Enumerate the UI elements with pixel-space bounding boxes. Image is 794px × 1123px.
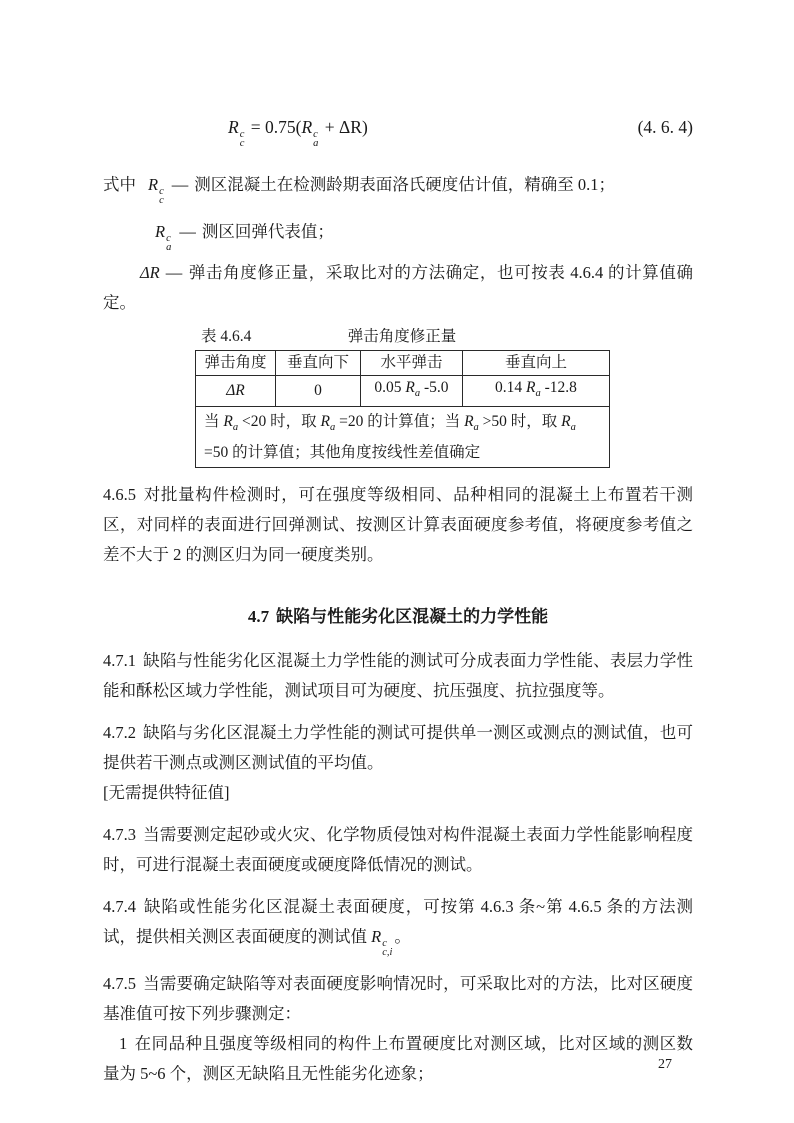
symbol-rci-scripts: cc,i xyxy=(382,939,392,957)
symbol-definition-rac: Rca—测区回弹代表值； xyxy=(103,217,693,252)
definition-dash: — xyxy=(179,222,196,241)
section-heading-4-7: 4.7缺陷与性能劣化区混凝土的力学性能 xyxy=(103,604,693,630)
definition-text-rac: 测区回弹代表值； xyxy=(202,222,334,241)
equation-number: (4. 6. 4) xyxy=(638,112,693,142)
symbol-definition-rcc: 式中Rcc—测区混凝土在检测龄期表面洛氏硬度估计值，精确至 0.1； xyxy=(103,170,693,205)
symbol-deltaR: ΔR xyxy=(140,263,160,282)
page-content: Rcc = 0.75(Rca + ΔR) (4. 6. 4) 式中Rcc—测区混… xyxy=(103,0,693,1089)
column-header-horizontal: 水平弹击 xyxy=(361,351,463,376)
table-caption-label: 表 4.6.4 xyxy=(201,326,251,348)
symbol-rac-scripts: ca xyxy=(166,234,171,252)
clause-4-7-2: 4.7.2缺陷与劣化区混凝土力学性能的测试可提供单一测区或测点的测试值，也可提供… xyxy=(103,718,693,778)
symbol-rac-scripts: ca xyxy=(313,130,318,148)
heading-number: 4.7 xyxy=(248,607,269,626)
equation-tail: + ΔR) xyxy=(320,117,367,137)
clause-4-7-5-item-1: 1在同品种且强度等级相同的构件上布置硬度比对测区域，比对区域的测区数量为 5~6… xyxy=(103,1029,693,1089)
clause-number: 4.7.2 xyxy=(103,723,136,742)
symbol-ra-base: R xyxy=(405,379,414,396)
symbol-rac-base: R xyxy=(301,117,312,137)
page-number: 27 xyxy=(658,1056,672,1074)
symbol-ra-base: R xyxy=(561,413,570,430)
item-text: 在同品种且强度等级相同的构件上布置硬度比对测区域，比对区域的测区数量为 5~6 … xyxy=(103,1034,693,1083)
table-note: 当 Ra <20 时，取 Ra =20 的计算值；当 Ra >50 时，取 Ra… xyxy=(196,407,610,468)
equation-mid: = 0.75( xyxy=(246,117,301,137)
cell-vertical-up: 0.14 Ra -12.8 xyxy=(463,376,610,407)
table-data-row: ΔR 0 0.05 Ra -5.0 0.14 Ra -12.8 xyxy=(196,376,610,407)
equation-4-6-4: Rcc = 0.75(Rca + ΔR) xyxy=(228,112,368,148)
symbol-rcc-scripts: cc xyxy=(240,130,245,148)
clause-4-6-5: 4.6.5对批量构件检测时，可在强度等级相同、品种相同的混凝土上布置若干测区，对… xyxy=(103,480,693,570)
clause-4-7-2-bracket-note: [无需提供特征值] xyxy=(103,778,693,808)
cell-horizontal: 0.05 Ra -5.0 xyxy=(361,376,463,407)
equation-row: Rcc = 0.75(Rca + ΔR) (4. 6. 4) xyxy=(103,112,693,148)
clause-4-7-4: 4.7.4缺陷或性能劣化区混凝土表面硬度，可按第 4.6.3 条~第 4.6.5… xyxy=(103,892,693,957)
clause-number: 4.7.1 xyxy=(103,651,136,670)
clause-text: 当需要测定起砂或火灾、化学物质侵蚀对构件混凝土表面力学性能影响程度时，可进行混凝… xyxy=(103,825,693,874)
table-header-row: 弹击角度 垂直向下 水平弹击 垂直向上 xyxy=(196,351,610,376)
column-header-up: 垂直向上 xyxy=(463,351,610,376)
symbol-rcc-base: R xyxy=(228,117,239,137)
definition-text-deltaR: 弹击角度修正量，采取比对的方法确定，也可按表 4.6.4 的计算值确定。 xyxy=(103,263,693,312)
table-block: 表 4.6.4 弹击角度修正量 弹击角度 垂直向下 水平弹击 垂直向上 ΔR 0… xyxy=(195,326,609,468)
table-caption-title: 弹击角度修正量 xyxy=(348,328,457,345)
clause-4-7-1: 4.7.1缺陷与性能劣化区混凝土力学性能的测试可分成表面力学性能、表层力学性能和… xyxy=(103,646,693,706)
heading-title: 缺陷与性能劣化区混凝土的力学性能 xyxy=(276,607,548,626)
symbol-rcc-base: R xyxy=(148,175,158,194)
definition-dash: — xyxy=(172,175,189,194)
cell-vertical-down: 0 xyxy=(276,376,361,407)
clause-number: 4.7.3 xyxy=(103,825,136,844)
symbol-rac-base: R xyxy=(155,222,165,241)
symbol-ra-base: R xyxy=(223,413,232,430)
symbol-ra-sub: a xyxy=(571,422,576,433)
clause-text: 当需要确定缺陷等对表面硬度影响情况时，可采取比对的方法，比对区硬度基准值可按下列… xyxy=(103,974,693,1023)
symbol-ra-base: R xyxy=(320,413,329,430)
table-caption: 表 4.6.4 弹击角度修正量 xyxy=(195,326,609,348)
definition-text-rcc: 测区混凝土在检测龄期表面洛氏硬度估计值，精确至 0.1； xyxy=(194,175,615,194)
symbol-definition-deltaR: ΔR—弹击角度修正量，采取比对的方法确定，也可按表 4.6.4 的计算值确定。 xyxy=(103,258,693,318)
column-header-angle: 弹击角度 xyxy=(196,351,276,376)
clause-text: 对批量构件检测时，可在强度等级相同、品种相同的混凝土上布置若干测区，对同样的表面… xyxy=(103,485,693,564)
clause-text: 缺陷与性能劣化区混凝土力学性能的测试可分成表面力学性能、表层力学性能和酥松区域力… xyxy=(103,651,693,700)
symbol-rcc-scripts: cc xyxy=(159,187,164,205)
symbol-ra-base: R xyxy=(526,379,535,396)
definition-dash: — xyxy=(166,263,183,282)
where-prefix: 式中 xyxy=(103,175,136,194)
symbol-rci-base: R xyxy=(371,927,381,946)
table-note-row: 当 Ra <20 时，取 Ra =20 的计算值；当 Ra >50 时，取 Ra… xyxy=(196,407,610,468)
clause-text: 缺陷与劣化区混凝土力学性能的测试可提供单一测区或测点的测试值，也可提供若干测点或… xyxy=(103,723,693,772)
cell-row-label: ΔR xyxy=(196,376,276,407)
table-4-6-4: 弹击角度 垂直向下 水平弹击 垂直向上 ΔR 0 0.05 Ra -5.0 0.… xyxy=(195,350,610,468)
symbol-ra-base: R xyxy=(464,413,473,430)
item-number: 1 xyxy=(119,1034,127,1053)
clause-4-7-5: 4.7.5当需要确定缺陷等对表面硬度影响情况时，可采取比对的方法，比对区硬度基准… xyxy=(103,969,693,1029)
clause-4-7-3: 4.7.3当需要测定起砂或火灾、化学物质侵蚀对构件混凝土表面力学性能影响程度时，… xyxy=(103,820,693,880)
clause-text-tail: 。 xyxy=(394,927,411,946)
column-header-down: 垂直向下 xyxy=(276,351,361,376)
clause-number: 4.7.4 xyxy=(103,897,136,916)
clause-number: 4.7.5 xyxy=(103,974,136,993)
document-page: Rcc = 0.75(Rca + ΔR) (4. 6. 4) 式中Rcc—测区混… xyxy=(0,0,794,1123)
clause-number: 4.6.5 xyxy=(103,485,136,504)
